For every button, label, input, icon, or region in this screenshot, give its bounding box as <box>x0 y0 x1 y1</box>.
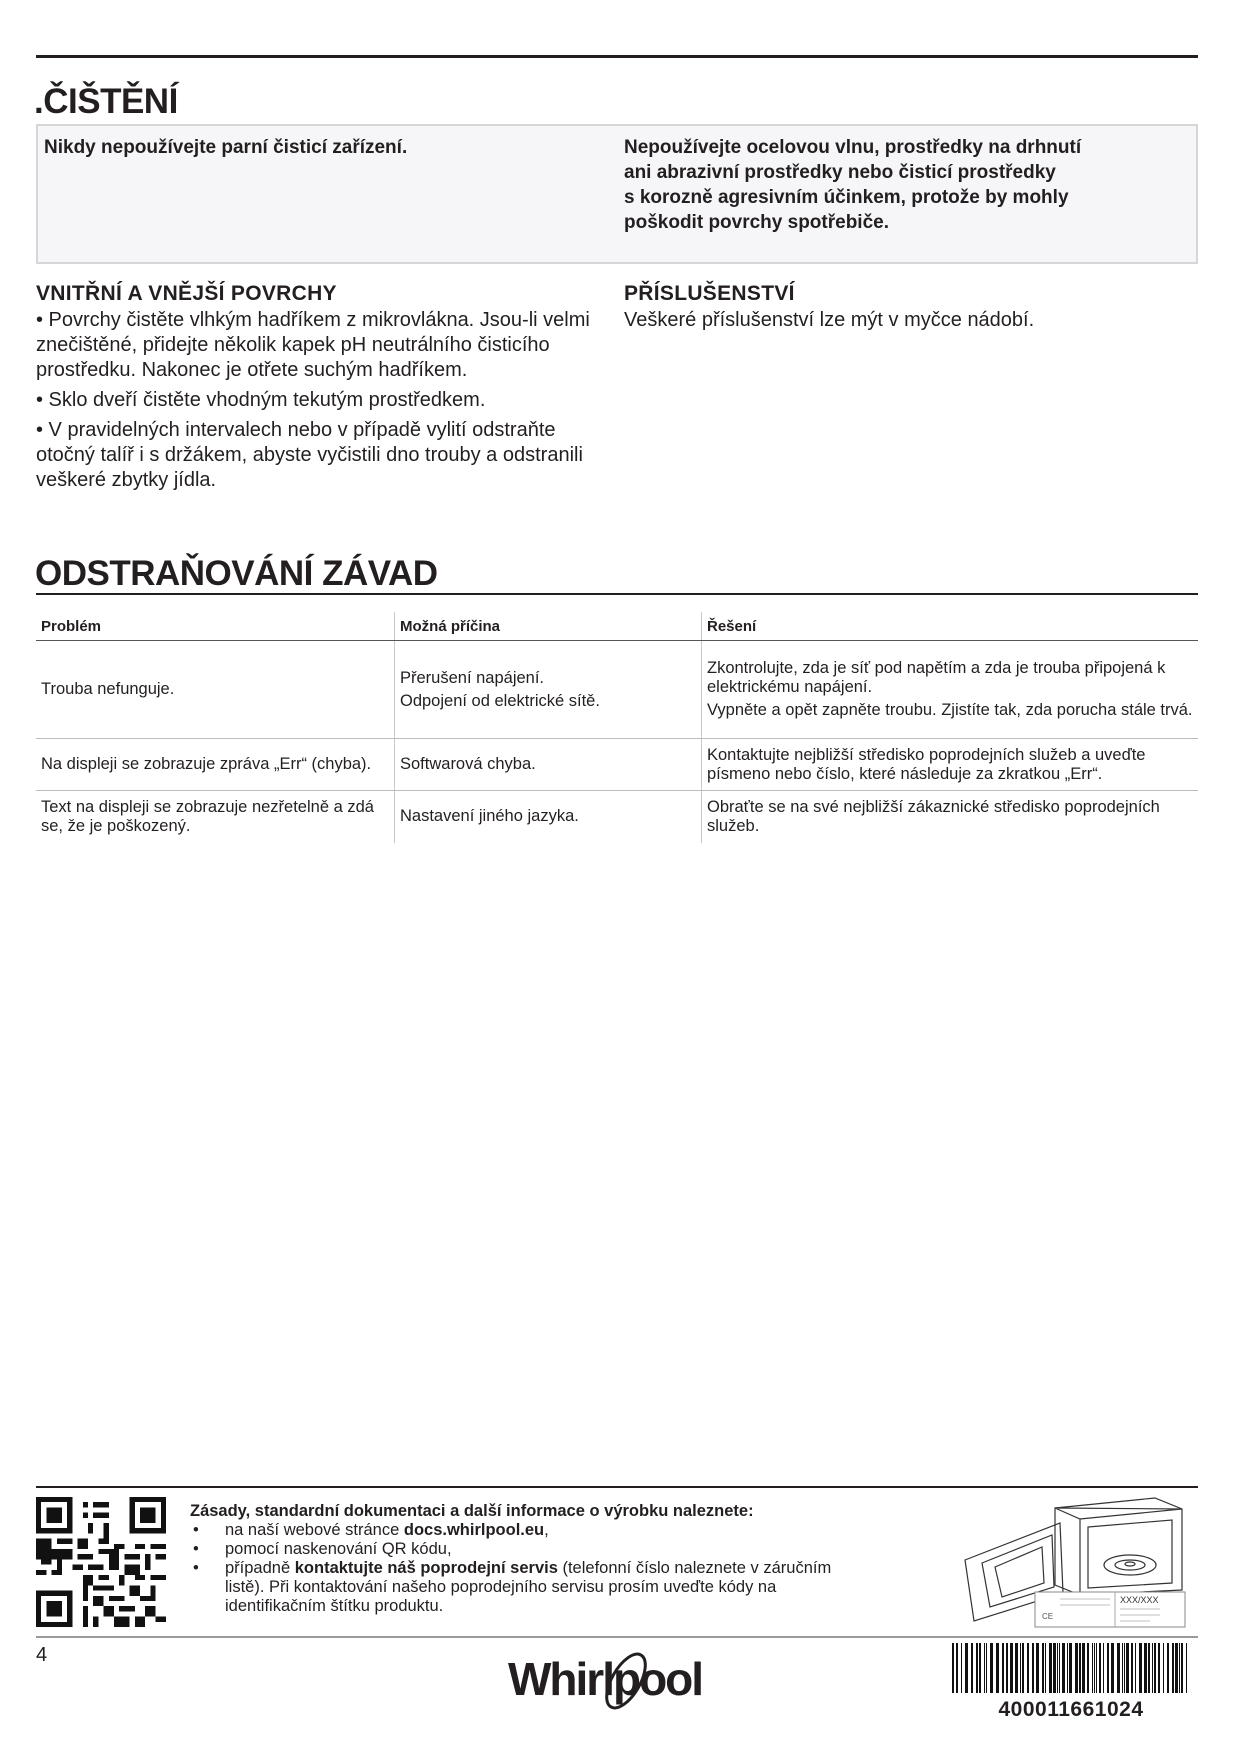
accessories-heading: PŘÍSLUŠENSTVÍ <box>624 282 1194 306</box>
cell-problem: Na displeji se zobrazuje zpráva „Err“ (c… <box>36 739 395 791</box>
item-text: případně <box>225 1559 295 1577</box>
website-link[interactable]: docs.whirlpool.eu <box>404 1521 544 1539</box>
accessories-section: PŘÍSLUŠENSTVÍ Veškeré příslušenství lze … <box>624 282 1194 333</box>
bullet: • <box>193 1540 199 1559</box>
item-text: , <box>544 1521 549 1539</box>
page-number: 4 <box>36 1644 47 1667</box>
logo-swirl-icon <box>600 1648 652 1714</box>
bullet: • <box>193 1521 199 1540</box>
troubleshooting-rule <box>36 593 1198 595</box>
cell-solution: Kontaktujte nejbližší středisko poprodej… <box>702 739 1199 791</box>
table-row: Text na displeji se zobrazuje nezřetelně… <box>36 791 1198 843</box>
cell-cause: Nastavení jiného jazyka. <box>395 791 702 843</box>
item-text: pomocí naskenování QR kódu, <box>225 1540 452 1558</box>
column-header-solution: Řešení <box>702 612 1199 641</box>
cell-problem: Trouba nefunguje. <box>36 641 395 739</box>
solution-line: Zkontrolujte, zda je síť pod napětím a z… <box>707 659 1193 697</box>
table-row: Na displeji se zobrazuje zpráva „Err“ (c… <box>36 739 1198 791</box>
product-info-item: • na naší webové stránce docs.whirlpool.… <box>190 1521 875 1540</box>
cell-problem: Text na displeji se zobrazuje nezřetelně… <box>36 791 395 843</box>
microwave-illustration-icon: XXX/XXX CE <box>960 1495 1190 1630</box>
cell-cause: Přerušení napájení. Odpojení od elektric… <box>395 641 702 739</box>
warning-line: Nepoužívejte ocelovou vlnu, prostředky n… <box>624 135 1184 160</box>
warning-abrasives: Nepoužívejte ocelovou vlnu, prostředky n… <box>624 135 1184 235</box>
troubleshooting-table: Problém Možná příčina Řešení Trouba nefu… <box>36 612 1198 843</box>
troubleshooting-title: ODSTRAŇOVÁNÍ ZÁVAD <box>35 556 438 591</box>
product-info-item: • pomocí naskenování QR kódu, <box>190 1540 875 1559</box>
label-code: XXX/XXX <box>1120 1595 1159 1605</box>
warning-steam-cleaner: Nikdy nepoužívejte parní čisticí zařízen… <box>44 135 407 160</box>
surfaces-item: • Povrchy čistěte vlhkým hadříkem z mikr… <box>36 308 606 383</box>
bullet: • <box>193 1559 199 1578</box>
cell-solution: Obraťte se na své nejbližší zákaznické s… <box>702 791 1199 843</box>
surfaces-heading: VNITŘNÍ A VNĚJŠÍ POVRCHY <box>36 282 606 306</box>
product-info-list: • na naší webové stránce docs.whirlpool.… <box>190 1521 875 1616</box>
solution-line: Vypněte a opět zapněte troubu. Zjistíte … <box>707 701 1193 720</box>
ce-mark: CE <box>1042 1612 1053 1621</box>
warning-line: poškodit povrchy spotřebiče. <box>624 210 1184 235</box>
warning-line: s korozně agresivním účinkem, protože by… <box>624 185 1184 210</box>
whirlpool-logo-icon: Whirlpool <box>508 1652 702 1706</box>
service-contact: kontaktujte náš poprodejní servis <box>295 1559 558 1577</box>
barcode-number: 400011661024 <box>952 1698 1190 1722</box>
product-info-title: Zásady, standardní dokumentaci a další i… <box>190 1502 875 1521</box>
footer-top-rule <box>36 1486 1198 1488</box>
cell-cause: Softwarová chyba. <box>395 739 702 791</box>
column-header-cause: Možná příčina <box>395 612 702 641</box>
item-text: na naší webové stránce <box>225 1521 404 1539</box>
top-rule <box>36 55 1198 58</box>
surfaces-section: VNITŘNÍ A VNĚJŠÍ POVRCHY • Povrchy čistě… <box>36 282 606 498</box>
surfaces-item: • V pravidelných intervalech nebo v příp… <box>36 418 606 493</box>
table-header-row: Problém Možná příčina Řešení <box>36 612 1198 641</box>
column-header-problem: Problém <box>36 612 395 641</box>
warning-line: ani abrazivní prostředky nebo čisticí pr… <box>624 160 1184 185</box>
qr-code-icon <box>36 1497 166 1627</box>
cause-line: Přerušení napájení. <box>400 669 696 688</box>
surfaces-list: • Povrchy čistěte vlhkým hadříkem z mikr… <box>36 308 606 493</box>
barcode-icon <box>952 1643 1190 1693</box>
cleaning-title: .ČIŠTĚNÍ <box>34 84 178 119</box>
product-info: Zásady, standardní dokumentaci a další i… <box>190 1502 875 1616</box>
table-row: Trouba nefunguje. Přerušení napájení. Od… <box>36 641 1198 739</box>
warning-box: Nikdy nepoužívejte parní čisticí zařízen… <box>36 124 1198 264</box>
cell-solution: Zkontrolujte, zda je síť pod napětím a z… <box>702 641 1199 739</box>
cause-line: Odpojení od elektrické sítě. <box>400 692 696 711</box>
surfaces-item: • Sklo dveří čistěte vhodným tekutým pro… <box>36 388 606 413</box>
product-info-item: • případně kontaktujte náš poprodejní se… <box>190 1559 875 1616</box>
footer-bottom-rule <box>36 1636 1198 1638</box>
accessories-text: Veškeré příslušenství lze mýt v myčce ná… <box>624 308 1194 333</box>
